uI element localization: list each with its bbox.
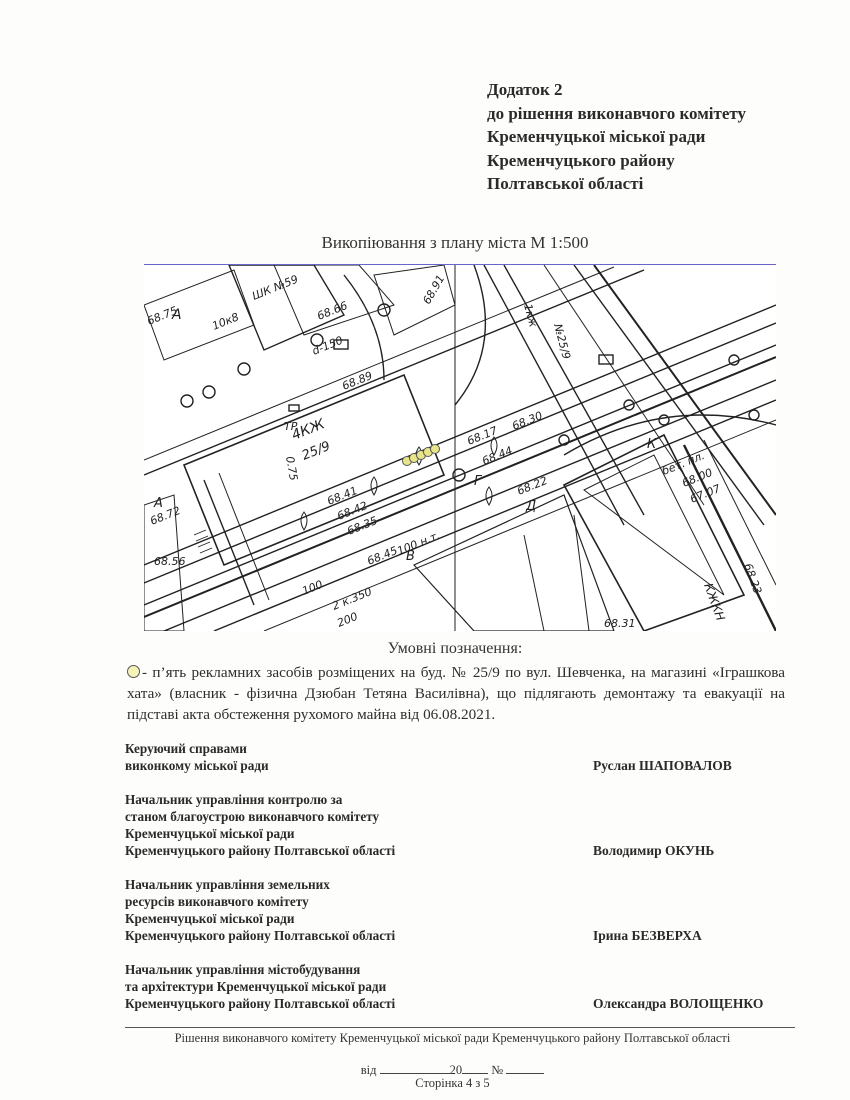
position-line: Кременчуцької міської ради — [125, 910, 805, 927]
signatory-position: Начальник управління земельних ресурсів … — [125, 876, 805, 944]
signatory-name: Руслан ШАПОВАЛОВ — [593, 757, 732, 774]
svg-text:100: 100 — [300, 578, 324, 598]
date-blank — [380, 1061, 450, 1074]
position-line: Кременчуцького району Полтавської област… — [125, 927, 805, 944]
year-prefix: 20 — [450, 1063, 463, 1077]
svg-text:200: 200 — [335, 610, 359, 630]
footer-divider — [125, 1027, 795, 1028]
appendix-line: Полтавської області — [487, 172, 746, 196]
signatory-name: Ірина БЕЗВЕРХА — [593, 927, 702, 944]
svg-text:68.91: 68.91 — [420, 273, 447, 307]
svg-text:68.22: 68.22 — [515, 474, 549, 498]
position-line: станом благоустрою виконавчого комітету — [125, 808, 805, 825]
position-line: Кременчуцької міської ради — [125, 825, 805, 842]
appendix-line: Додаток 2 — [487, 78, 746, 102]
position-line: Керуючий справами — [125, 740, 805, 757]
svg-text:ШК №59: ШК №59 — [250, 273, 300, 303]
map-drawing: 4КЖ 25/9 ШК №59 68.66 68.89 68.91 68.75 … — [144, 265, 776, 631]
svg-text:А: А — [171, 307, 182, 323]
svg-text:Г: Г — [474, 474, 483, 489]
position-line: ресурсів виконавчого комітету — [125, 893, 805, 910]
svg-text:10к8: 10к8 — [210, 310, 240, 332]
map-title: Викопіювання з плану міста М 1:500 — [0, 233, 850, 253]
signatory: Начальник управління земельних ресурсів … — [125, 876, 805, 944]
appendix-line: Кременчуцького району — [487, 149, 746, 173]
appendix-line: до рішення виконавчого комітету — [487, 102, 746, 126]
svg-text:68.56: 68.56 — [154, 555, 186, 568]
position-line: Начальник управління земельних — [125, 876, 805, 893]
svg-text:25/9: 25/9 — [300, 439, 333, 464]
legend-description: - п’ять рекламних засобів розміщених на … — [127, 662, 785, 725]
signatory-name: Олександра ВОЛОЩЕНКО — [593, 995, 763, 1012]
svg-text:В: В — [406, 549, 415, 564]
svg-text:0.75: 0.75 — [283, 455, 300, 481]
number-sign: № — [491, 1063, 503, 1077]
position-line: та архітектури Кременчуцької міської рад… — [125, 978, 805, 995]
signatory: Начальник управління контролю за станом … — [125, 791, 805, 859]
city-plan-map: 4КЖ 25/9 ШК №59 68.66 68.89 68.91 68.75 … — [144, 264, 776, 631]
svg-text:68.23: 68.23 — [741, 562, 764, 596]
svg-text:68.31: 68.31 — [604, 617, 636, 630]
svg-text:К: К — [647, 437, 657, 452]
footer-decision-title: Рішення виконавчого комітету Кременчуцьк… — [0, 1031, 850, 1046]
year-blank — [462, 1061, 488, 1074]
position-line: Начальник управління містобудування — [125, 961, 805, 978]
number-blank — [506, 1061, 544, 1074]
svg-text:d-150: d-150 — [310, 334, 344, 358]
appendix-line: Кременчуцької міської ради — [487, 125, 746, 149]
legend-text: - п’ять рекламних засобів розміщених на … — [127, 664, 785, 723]
page-number: Сторінка 4 з 5 — [0, 1076, 850, 1091]
position-line: Начальник управління контролю за — [125, 791, 805, 808]
signatory: Начальник управління містобудування та а… — [125, 961, 805, 1012]
signatory: Керуючий справами виконкому міської ради… — [125, 740, 805, 774]
svg-text:1кж: 1кж — [521, 302, 540, 328]
signatory-name: Володимир ОКУНЬ — [593, 842, 714, 859]
svg-text:ТР: ТР — [284, 420, 298, 433]
appendix-header: Додаток 2 до рішення виконавчого комітет… — [487, 78, 746, 196]
advertising-markers — [403, 445, 440, 466]
date-prefix: від — [361, 1063, 377, 1077]
legend-title: Умовні позначення: — [0, 640, 850, 658]
svg-text:2 к.350: 2 к.350 — [330, 585, 373, 613]
yellow-circle-icon — [127, 665, 140, 678]
svg-text:Д: Д — [525, 499, 536, 514]
svg-text:68.66: 68.66 — [315, 299, 349, 323]
signatories-block: Керуючий справами виконкому міської ради… — [125, 740, 805, 1029]
svg-text:А: А — [153, 496, 163, 511]
svg-text:68.45: 68.45 — [365, 544, 399, 568]
